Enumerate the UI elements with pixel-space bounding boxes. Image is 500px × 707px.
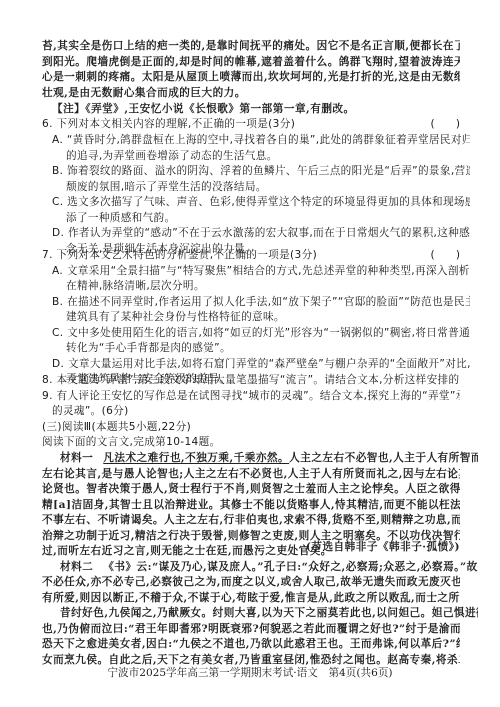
material-2-line: 不必任众,亦不必专己,必察彼己之为,而度之以义,或舍人取己,故举无遗失而政无废灭…: [42, 575, 460, 589]
question-7-stem: 7. 下列对本文艺术特色的分析鉴赏,不正确的一项是(3分): [42, 248, 460, 262]
question-6-text: 6. 下列对本文相关内容的理解,不正确的一项是(3分): [42, 118, 295, 130]
exam-page: 苔,其实全是伤口上结的疤一类的,是靠时间抚平的痛处。因它不是名正言顺,便都长在了…: [0, 0, 500, 707]
material-1-label: 材料一: [60, 452, 93, 464]
q6-option-c: C. 选文多次描写了气味、声音、色彩,使得弄堂这个特定的环境显得更加的具体和现场…: [52, 195, 470, 209]
material-1-line: 精[a]洁固身,其智士且以治辩进业。其修士不能以货赂事人,恃其精洁,而更不能以枉…: [42, 498, 460, 512]
material-1-line: 左右论其言,是与愚人论智也;人主之左右不必贤也,人主于人有所贤而礼之,因与左右论…: [42, 467, 460, 481]
footer-exam-title: 宁波市2025学年高三第一学期期末考试·语文: [107, 667, 317, 679]
material-2-label: 材料二: [60, 561, 93, 573]
material-2-line: 也,乃伪俯而泣曰:“君王年即耆邪?明既衰邪?何貌恶之若此而覆谓之好也?”纣于是渝…: [42, 622, 460, 636]
q7-option-c: C. 文中多处使用陌生化的语言,如将“如豆的灯光”形容为“一锅粥似的”稠密,将日…: [52, 326, 470, 340]
answer-blank-7[interactable]: ( ): [431, 248, 460, 262]
material-1-line: 论贤也。智者决策于愚人,贤士程行于不肖,则贤智之士羞而人主之论悖矣。人臣之欲得官…: [42, 482, 460, 496]
material-1-text: 人主之左右不必智也,人主于人有所智而听之,因与: [289, 452, 478, 464]
q6-option-b-cont: 颓废的氛围,暗示了弄堂生活的没落结局。: [66, 180, 484, 194]
q7-option-d: D. 文章大量运用对比手法,如将石窟门弄堂的“森严壁垒”与棚户杂弄的“全面敞开”…: [52, 357, 470, 371]
material-2-line: 恐天下之愈进美女者,因白:“九侯之不道也,乃欲以此惑君王也。王而弗诛,何以革后?…: [42, 637, 460, 651]
material-1-first-line: 材料一凡法术之难行也,不独万乘,千乘亦然。人主之左右不必智也,人主于人有所智而听…: [60, 451, 478, 465]
passage-line: 苔,其实全是伤口上结的疤一类的,是靠时间抚平的痛处。因它不是名正言顺,便都长在了…: [42, 39, 460, 53]
q7-option-a: A. 文章采用“全景扫描”与“特写聚焦”相结合的方式,先总述弄堂的种种类型,再深…: [52, 264, 470, 278]
material-1-source: (节选自韩非子《韩非子·孤愤》): [306, 540, 460, 554]
material-1-line: 不事左右、不听请谒矣。人主之左右,行非伯夷也,求索不得,货赂不至,则精辩之功息,…: [42, 513, 460, 527]
footer-page-number: 第4页(共6页): [328, 667, 392, 679]
underlined-sentence: 凡法术之难行也,不独万乘,千乘亦然。: [103, 452, 289, 464]
material-2-para2-first: 昔纣好色,九侯闻之,乃献厥女。纣则大喜,以为天下之丽莫若此也,以问妲己。妲己惧进…: [60, 606, 478, 620]
passage-note: 【注】《弄堂》,王安忆小说《长恨歌》第一部第一章,有删改。: [52, 102, 470, 116]
q6-option-b: B. 饰着裂纹的路面、溢水的阴沟、浮着的鱼鳞片、午后三点的阳光是“后弄”的景象,…: [52, 164, 470, 178]
section-instruction: 阅读下面的文言文,完成第10-14题。: [42, 435, 460, 449]
question-9: 9. 有人评论王安忆的写作总是在试图寻找“城市的灵魂”。结合文本,探究上海的“弄…: [42, 389, 460, 403]
q6-option-c-cont: 添了一种质感和气韵。: [66, 211, 484, 225]
material-2-line: 有所爱,则因以断正,不稽于众,不谋于心,苟眩于爱,惟言是从,此政之所以败乱,而士…: [42, 591, 460, 605]
answer-blank-6[interactable]: ( ): [431, 117, 460, 131]
question-8: 8. 本文题为“弄堂”,第三段文字却用大量笔墨描写“流言”。请结合文本,分析这样…: [42, 373, 460, 387]
material-2-first-line: 材料二《书》云:“谋及乃心,谋及庶人。”孔子曰:“众好之,必察焉;众恶之,必察焉…: [60, 560, 478, 574]
material-2-text: 《书》云:“谋及乃心,谋及庶人。”孔子曰:“众好之,必察焉;众恶之,必察焉。”故…: [103, 561, 478, 573]
passage-line: 心是一刺刺的疼痛。太阳是从屋顶上喷薄而出,坎坎坷坷的,光是打折的光,这是由无数细…: [42, 70, 460, 84]
passage-line: 壮观,是由无数耐心集合而成的巨大的力。: [42, 86, 460, 100]
q7-option-c-cont: 转化为“手心手背都是肉的感觉”。: [66, 341, 484, 355]
q6-option-a-cont: 的追寻,为弄堂画卷增添了动态的生活气息。: [66, 149, 484, 163]
question-6-stem: 6. 下列对本文相关内容的理解,不正确的一项是(3分): [42, 117, 460, 131]
q6-option-d: D. 作者认为弄堂的“感动”不在于云水激荡的宏大叙事,而在于日常烟火气的累积,这…: [52, 226, 470, 240]
question-9-cont: 的灵魂”。(6分): [52, 404, 470, 418]
passage-line: 到阳光。爬墙虎倒是正面的,却是时间的帷幕,遮着盖着什么。鸽群飞翔时,望着波涛连天…: [42, 55, 460, 69]
section-heading: (三)阅读Ⅲ(本题共5小题,22分): [42, 420, 460, 434]
q7-option-b: B. 在描述不同弄堂时,作者运用了拟人化手法,如“放下架子”“官邸的脸面”“防范…: [52, 295, 470, 309]
page-footer: 宁波市2025学年高三第一学期期末考试·语文 第4页(共6页): [0, 665, 500, 680]
q7-option-b-cont: 建筑具有了某种社会身份与性格特征的意味。: [66, 310, 484, 324]
q6-option-a: A. “黄昏时分,鸽群盘桓在上海的空中,寻找着各自的巢”,此处的鸽群象征着弄堂居…: [52, 133, 470, 147]
q7-option-a-cont: 在精神,脉络清晰,层次分明。: [66, 279, 484, 293]
